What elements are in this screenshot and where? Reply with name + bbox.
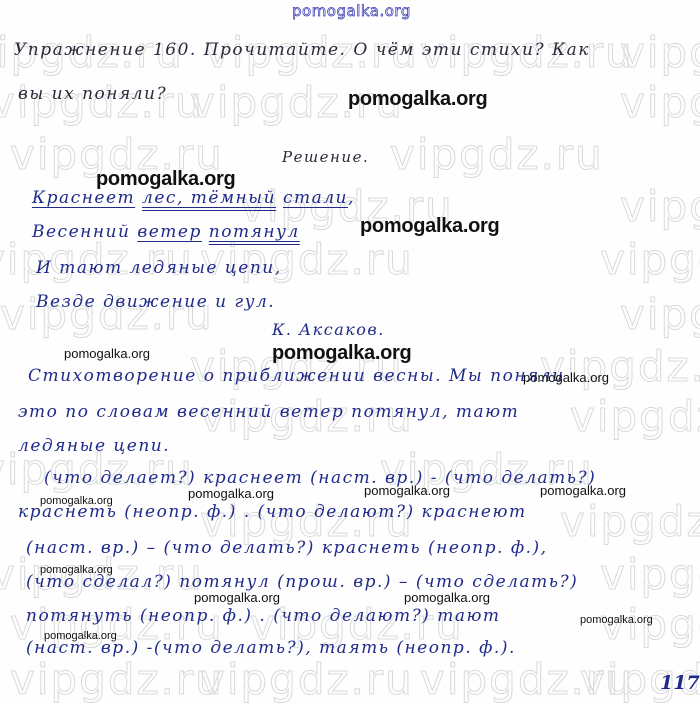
- vipgdz-watermark: vipgdz.ru: [190, 78, 404, 127]
- pomogalka-watermark: pomogalka.org: [404, 590, 490, 605]
- explanation-line-2: это по словам весенний ветер потянул, та…: [18, 402, 519, 422]
- analysis-line-5: потянуть (неопр. ф.) . (что делают?) таю…: [26, 606, 501, 626]
- vipgdz-watermark: vipgdz.ru: [600, 235, 700, 284]
- pomogalka-watermark: pomogalka.org: [580, 614, 653, 626]
- vipgdz-watermark: vipgdz.ru: [600, 600, 700, 649]
- vipgdz-watermark: vipgdz.ru: [620, 78, 700, 127]
- poem-line-3: И тают ледяные цепи,: [36, 258, 282, 278]
- pomogalka-watermark: pomogalka.org: [360, 215, 499, 238]
- underlined-word: потянул: [209, 222, 300, 242]
- poem-word: Весенний: [32, 222, 130, 242]
- poem-author: К. Аксаков.: [272, 320, 385, 339]
- vipgdz-watermark: vipgdz.ru: [10, 655, 224, 704]
- explanation-line-3: ледяные цепи.: [18, 436, 170, 456]
- pomogalka-top-watermark: pomogalka.org: [292, 2, 411, 20]
- solution-heading: Решение.: [282, 148, 369, 166]
- task-line-1: Упражнение 160. Прочитайте. О чём эти ст…: [14, 40, 590, 60]
- analysis-line-2: краснеть (неопр. ф.) . (что делают?) кра…: [18, 502, 527, 522]
- pomogalka-watermark: pomogalka.org: [194, 590, 280, 605]
- poem-line-1: Краснеет лес, тёмный стали,: [32, 188, 355, 208]
- underlined-word: ветер: [137, 222, 202, 242]
- vipgdz-watermark: vipgdz.ru: [620, 28, 700, 77]
- vipgdz-watermark: vipgdz.ru: [620, 182, 700, 231]
- poem-word: , тёмный: [177, 188, 276, 208]
- pomogalka-watermark: pomogalka.org: [272, 342, 411, 365]
- underlined-word: Краснеет: [32, 188, 135, 208]
- task-line-2: вы их поняли?: [18, 84, 167, 104]
- vipgdz-watermark: vipgdz.ru: [600, 550, 700, 599]
- poem-punct: ,: [348, 188, 355, 208]
- analysis-line-4: (что сделал?) потянул (прош. вр.) – (что…: [26, 572, 578, 592]
- underlined-word: лес: [142, 188, 177, 208]
- vipgdz-watermark: vipgdz.ru: [420, 655, 634, 704]
- vipgdz-watermark: vipgdz.ru: [390, 130, 604, 179]
- pomogalka-watermark: pomogalka.org: [64, 346, 150, 361]
- vipgdz-watermark: vipgdz.ru: [560, 497, 700, 546]
- analysis-line-6: (наст. вр.) -(что делать?), таять (неопр…: [26, 638, 516, 658]
- analysis-line-1: (что делает?) краснеет (наст. вр.) - (чт…: [44, 468, 596, 488]
- vipgdz-watermark: vipgdz.ru: [200, 655, 414, 704]
- pomogalka-watermark: pomogalka.org: [348, 88, 487, 111]
- poem-line-4: Везде движение и гул.: [36, 292, 275, 312]
- pomogalka-watermark: pomogalka.org: [188, 486, 274, 501]
- notebook-page: vipgdz.ru vipgdz.ru vipgdz.ru vipgdz.ru …: [0, 0, 700, 705]
- vipgdz-watermark: vipgdz.ru: [570, 392, 700, 441]
- vipgdz-watermark: vipgdz.ru: [10, 130, 224, 179]
- poem-line-2: Весенний ветер потянул: [32, 222, 300, 242]
- explanation-line-1: Стихотворение о приближении весны. Мы по…: [28, 366, 565, 386]
- underlined-word: стали: [283, 188, 348, 208]
- vipgdz-watermark: vipgdz.ru: [620, 290, 700, 339]
- page-number: 117: [660, 672, 700, 694]
- analysis-line-3: (наст. вр.) – (что делать?) краснеть (не…: [26, 538, 548, 558]
